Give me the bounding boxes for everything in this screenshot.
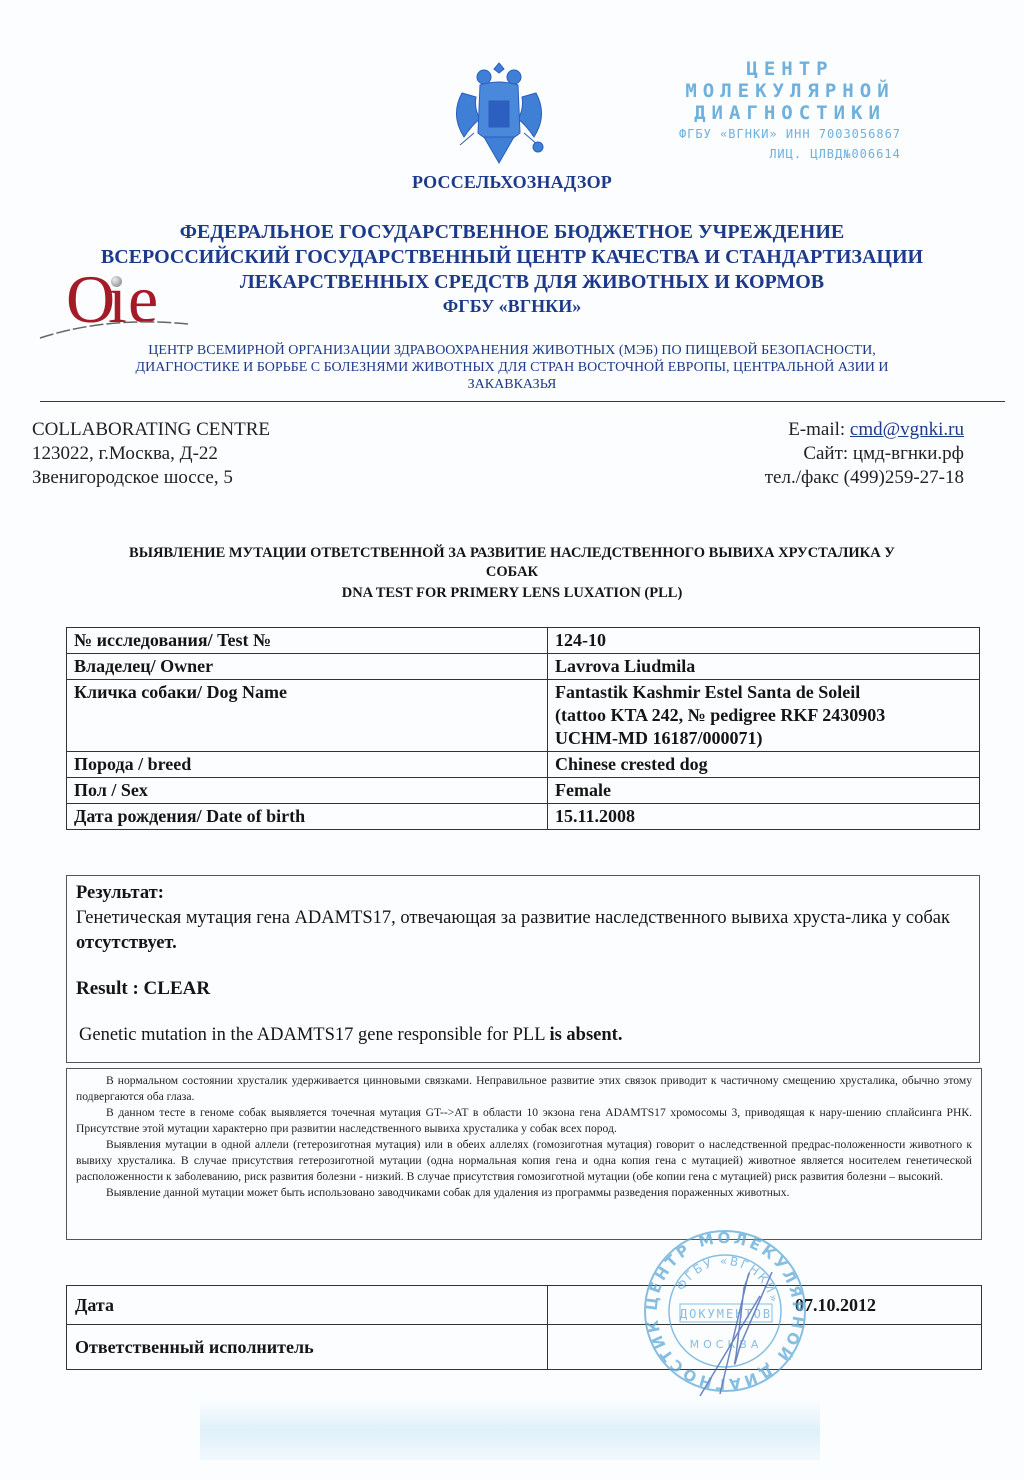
field-label: Владелец/ Owner (67, 654, 548, 680)
result-ru-verdict: отсутствует. (76, 933, 177, 953)
field-value-line: UCHM-MD 16187/000071) (555, 727, 972, 750)
field-label: Порода / breed (67, 752, 548, 778)
field-value-line: Lavrova Liudmila (555, 655, 972, 678)
field-value: Female (548, 778, 980, 804)
table-row: Владелец/ OwnerLavrova Liudmila (67, 654, 980, 680)
address-block: COLLABORATING CENTRE 123022, г.Москва, Д… (32, 418, 270, 490)
header-divider (40, 401, 1005, 402)
scan-smudge (200, 1400, 820, 1460)
result-en-body: Genetic mutation in the ADAMTS17 gene re… (79, 1025, 549, 1045)
dog-info-table: № исследования/ Test №124-10Владелец/ Ow… (66, 627, 980, 830)
postal-address: 123022, г.Москва, Д-22 (32, 442, 270, 466)
email-link[interactable]: cmd@vgnki.ru (850, 419, 964, 440)
institute-line: ФЕДЕРАЛЬНОЕ ГОСУДАРСТВЕННОЕ БЮДЖЕТНОЕ УЧ… (0, 220, 1024, 245)
stamp-line: ЦЕНТР (640, 58, 940, 80)
explanation-box: В нормальном состоянии хрусталик удержив… (66, 1068, 982, 1240)
table-row: № исследования/ Test №124-10 (67, 628, 980, 654)
phone-line: тел./факс (499)259-27-18 (765, 466, 964, 490)
result-text-en: Genetic mutation in the ADAMTS17 gene re… (76, 1023, 970, 1048)
date-row: Дата 07.10.2012 (67, 1286, 982, 1325)
field-value-line: 124-10 (555, 629, 972, 652)
field-value: 15.11.2008 (548, 804, 980, 830)
result-heading: Результат: (76, 881, 970, 906)
signature-table: Дата 07.10.2012 Ответственный исполнител… (66, 1285, 982, 1370)
field-value: Lavrova Liudmila (548, 654, 980, 680)
explanation-paragraph: Выявление данной мутации может быть испо… (76, 1185, 972, 1201)
explanation-paragraph: В данном тесте в геноме собак выявляется… (76, 1105, 972, 1137)
collaborating-centre-label: COLLABORATING CENTRE (32, 418, 270, 442)
stamp-line: ЛИЦ. ЦЛВД№006614 (640, 144, 940, 164)
table-row: Кличка собаки/ Dog NameFantastik Kashmir… (67, 680, 980, 752)
table-row: Порода / breedChinese crested dog (67, 752, 980, 778)
field-label: Дата рождения/ Date of birth (67, 804, 548, 830)
field-value: Chinese crested dog (548, 752, 980, 778)
field-value: Fantastik Kashmir Estel Santa de Soleil(… (548, 680, 980, 752)
result-text-ru: Генетическая мутация гена ADAMTS17, отве… (76, 906, 970, 956)
globe-icon (111, 276, 122, 287)
explanation-paragraph: В нормальном состоянии хрусталик удержив… (76, 1073, 972, 1105)
stamp-line: ДИАГНОСТИКИ (640, 102, 940, 124)
table-row: Дата рождения/ Date of birth15.11.2008 (67, 804, 980, 830)
explanation-paragraph: Выявления мутации в одной аллели (гетеро… (76, 1137, 972, 1185)
responsible-row: Ответственный исполнитель (67, 1325, 982, 1370)
field-label: Пол / Sex (67, 778, 548, 804)
document-title-ru-cont: СОБАК (30, 563, 994, 582)
field-value: 124-10 (548, 628, 980, 654)
stamp-line: ФГБУ «ВГНКИ» ИНН 7003056867 (640, 124, 940, 144)
field-label: Кличка собаки/ Dog Name (67, 680, 548, 752)
street-address: Звенигородское шоссе, 5 (32, 466, 270, 490)
document-title-en: DNA TEST FOR PRIMERY LENS LUXATION (PLL) (30, 584, 994, 603)
signature-field (548, 1325, 982, 1370)
field-value-line: Female (555, 779, 972, 802)
document-title-ru: ВЫЯВЛЕНИЕ МУТАЦИИ ОТВЕТСТВЕННОЙ ЗА РАЗВИ… (30, 544, 994, 563)
responsible-label: Ответственный исполнитель (67, 1325, 548, 1370)
woah-centre-line: ЗАКАВКАЗЬЯ (40, 376, 984, 393)
oie-logo: O ı e (38, 262, 198, 342)
website-line: Сайт: цмд-вгнки.рф (765, 442, 964, 466)
stamp-line: МОЛЕКУЛЯРНОЙ (640, 80, 940, 102)
result-status: Result : CLEAR (76, 976, 970, 1001)
date-label: Дата (67, 1286, 548, 1325)
field-value-line: Fantastik Kashmir Estel Santa de Soleil (555, 681, 972, 704)
result-en-verdict: is absent. (549, 1025, 622, 1045)
swoosh-icon (38, 302, 198, 342)
table-row: Пол / SexFemale (67, 778, 980, 804)
result-ru-body: Генетическая мутация гена ADAMTS17, отве… (76, 908, 950, 928)
date-value: 07.10.2012 (548, 1286, 982, 1325)
email-line: E-mail: cmd@vgnki.ru (765, 418, 964, 442)
woah-centre-line: ЦЕНТР ВСЕМИРНОЙ ОРГАНИЗАЦИИ ЗДРАВООХРАНЕ… (40, 342, 984, 359)
result-box: Результат: Генетическая мутация гена ADA… (66, 875, 980, 1063)
agency-name: РОССЕЛЬХОЗНАДЗОР (0, 172, 1024, 193)
lab-stamp: ЦЕНТР МОЛЕКУЛЯРНОЙ ДИАГНОСТИКИ ФГБУ «ВГН… (640, 58, 940, 164)
field-label: № исследования/ Test № (67, 628, 548, 654)
woah-centre-line: ДИАГНОСТИКЕ И БОРЬБЕ С БОЛЕЗНЯМИ ЖИВОТНЫ… (40, 359, 984, 376)
contact-block: E-mail: cmd@vgnki.ru Сайт: цмд-вгнки.рф … (765, 418, 964, 490)
field-value-line: Chinese crested dog (555, 753, 972, 776)
coat-of-arms-emblem-icon (440, 55, 558, 173)
field-value-line: 15.11.2008 (555, 805, 972, 828)
email-label: E-mail: (788, 419, 850, 440)
field-value-line: (tattoo KTA 242, № pedigree RKF 2430903 (555, 704, 972, 727)
